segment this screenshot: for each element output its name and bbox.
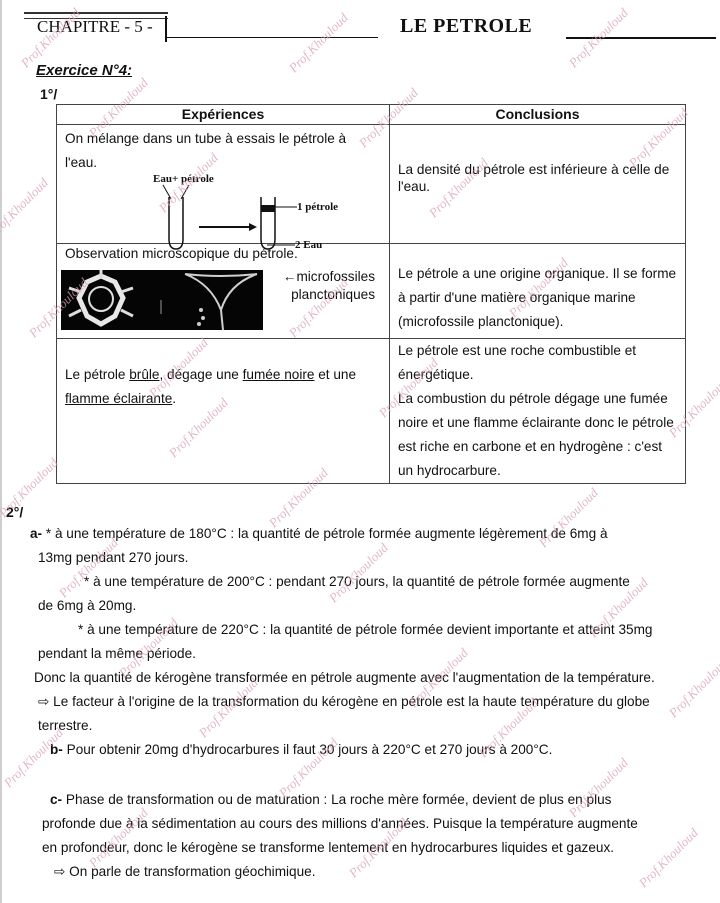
text-part: , dégage une: [159, 367, 242, 382]
microfossil-icon: [61, 270, 263, 330]
answer-c-conclusion: ⇨ On parle de transformation géochimique…: [54, 860, 316, 885]
answer-c-cont2: en profondeur, donc le kérogène se trans…: [42, 836, 614, 861]
answer-a-line: a- * à une température de 180°C : la qua…: [30, 522, 608, 547]
answer-a3-cont: pendant la même période.: [38, 642, 196, 667]
table-row: On mélange dans un tube à essais le pétr…: [57, 125, 686, 244]
conclusion-text-2: La combustion du pétrole dégage une fumé…: [398, 387, 677, 483]
caption-line2: planctoniques: [265, 286, 375, 304]
microfossil-caption: ←microfossiles planctoniques: [265, 268, 375, 304]
caption-line1: ←microfossiles: [265, 268, 375, 286]
answer-a2-cont: de 6mg à 20mg.: [38, 594, 136, 619]
conclusion-cell: Le pétrole a une origine organique. Il s…: [390, 244, 686, 339]
answer-a3-text: * à une température de 220°C : la quanti…: [78, 618, 652, 643]
header-rule-right: [566, 37, 716, 39]
answer-facteur: ⇨ Le facteur à l'origine de la transform…: [38, 690, 650, 715]
microscope-image: [61, 270, 263, 330]
underlined-term: fumée noire: [243, 367, 315, 382]
table-row: Le pétrole brûle, dégage une fumée noire…: [57, 339, 686, 484]
experience-text: On mélange dans un tube à essais le pétr…: [65, 125, 381, 175]
answer-b-text: Pour obtenir 20mg d'hydrocarbures il fau…: [67, 742, 553, 757]
answer-b-line: b- Pour obtenir 20mg d'hydrocarbures il …: [50, 738, 552, 763]
conclusion-cell: La densité du pétrole est inférieure à c…: [390, 125, 686, 244]
header-experiences: Expériences: [57, 105, 390, 125]
answer-facteur-cont: terrestre.: [38, 714, 92, 739]
conclusion-text-1: Le pétrole est une roche combustible et …: [398, 339, 677, 387]
answer-c-label: c-: [50, 792, 62, 807]
experience-text: Observation microscopique du pétrole.: [65, 244, 381, 264]
answer-c-cont1: profonde due à la sédimentation au cours…: [42, 812, 638, 837]
header-divider: [165, 16, 167, 42]
answer-b-label: b-: [50, 742, 63, 757]
text-part: .: [172, 391, 176, 406]
page-edge: [0, 0, 2, 903]
experience-cell: Observation microscopique du pétrole. ←m…: [57, 244, 390, 339]
test-tube-diagram: Eau+ pétrole 1 pétrole: [57, 173, 377, 249]
answer-donc: Donc la quantité de kérogène transformée…: [34, 666, 655, 691]
conclusion-cell: Le pétrole est une roche combustible et …: [390, 339, 686, 484]
experience-cell: On mélange dans un tube à essais le pétr…: [57, 125, 390, 244]
underlined-term: brûle: [129, 367, 159, 382]
header-rule-left: [167, 37, 378, 38]
answer-a1-text: * à une température de 180°C : la quanti…: [46, 526, 608, 541]
part2-label: 2°/: [6, 500, 23, 525]
underlined-term: flamme éclairante: [65, 391, 172, 406]
experience-cell: Le pétrole brûle, dégage une fumée noire…: [57, 339, 390, 484]
label-petrole: 1 pétrole: [297, 201, 338, 213]
table-row: Observation microscopique du pétrole. ←m…: [57, 244, 686, 339]
watermark: Prof.Khouloud: [0, 175, 52, 241]
header-conclusions: Conclusions: [390, 105, 686, 125]
answer-c-line: c- Phase de transformation ou de maturat…: [50, 788, 611, 813]
watermark: Prof.Khouloud: [666, 655, 720, 721]
experience-text: Le pétrole brûle, dégage une fumée noire…: [65, 339, 381, 411]
watermark: Prof.Khouloud: [636, 825, 702, 891]
answer-c-text: Phase de transformation ou de maturation…: [66, 792, 612, 807]
text-part: Le pétrole: [65, 367, 129, 382]
experiments-table: Expériences Conclusions On mélange dans …: [56, 104, 686, 484]
table-header-row: Expériences Conclusions: [57, 105, 686, 125]
answer-a2-text: * à une température de 200°C : pendant 2…: [84, 570, 630, 595]
text-part: et une: [314, 367, 356, 382]
part1-label: 1°/: [40, 86, 57, 102]
test-tube-icon: [57, 173, 377, 253]
answer-a-label: a-: [30, 526, 42, 541]
chapter-label: CHAPITRE - 5 -: [37, 17, 153, 37]
conclusion-text: Le pétrole a une origine organique. Il s…: [398, 244, 677, 334]
answer-a1-cont: 13mg pendant 270 jours.: [38, 546, 188, 571]
conclusion-text: La densité du pétrole est inférieure à c…: [398, 125, 677, 195]
exercise-title: Exercice N°4:: [36, 62, 132, 79]
chapter-header: CHAPITRE - 5 - LE PETROLE: [0, 0, 720, 60]
chapter-title: LE PETROLE: [400, 15, 532, 38]
